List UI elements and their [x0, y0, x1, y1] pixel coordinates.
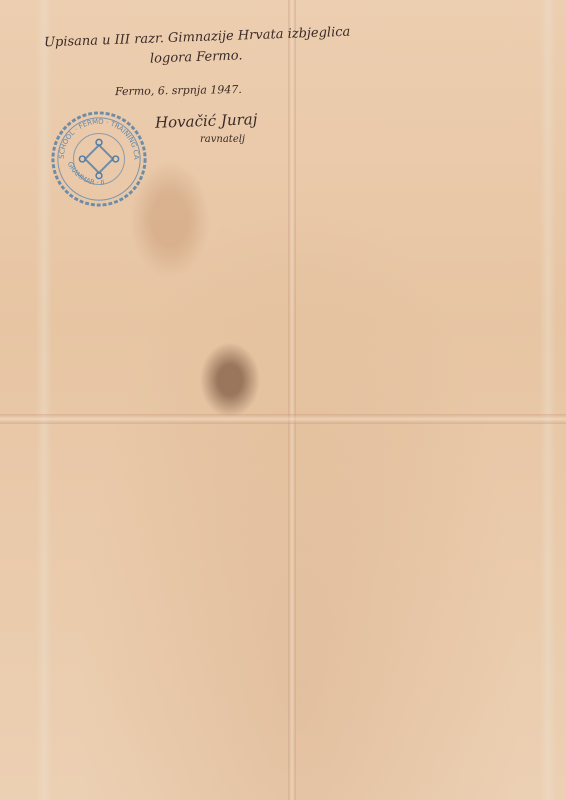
vertical-fold-line [288, 0, 296, 800]
horizontal-fold-line [0, 414, 566, 424]
annotation-line-2: logora Fermo. [150, 48, 243, 66]
signature: Hovačić Juraj [155, 110, 258, 132]
school-stamp-icon: SCHOOL · FERMO · TRAINING CAMP GRAMMAR ·… [50, 110, 148, 208]
document-page: Upisana u III razr. Gimnazije Hrvata izb… [0, 0, 566, 800]
svg-text:SCHOOL · FERMO · TRAINING CAMP: SCHOOL · FERMO · TRAINING CAMP [50, 110, 140, 160]
right-edge-strip [540, 0, 556, 800]
annotation-place-date: Fermo, 6. srpnja 1947. [115, 83, 242, 98]
signatory-title: ravnatelj [200, 134, 245, 145]
annotation-line-1: Upisana u III razr. Gimnazije Hrvata izb… [44, 25, 351, 51]
